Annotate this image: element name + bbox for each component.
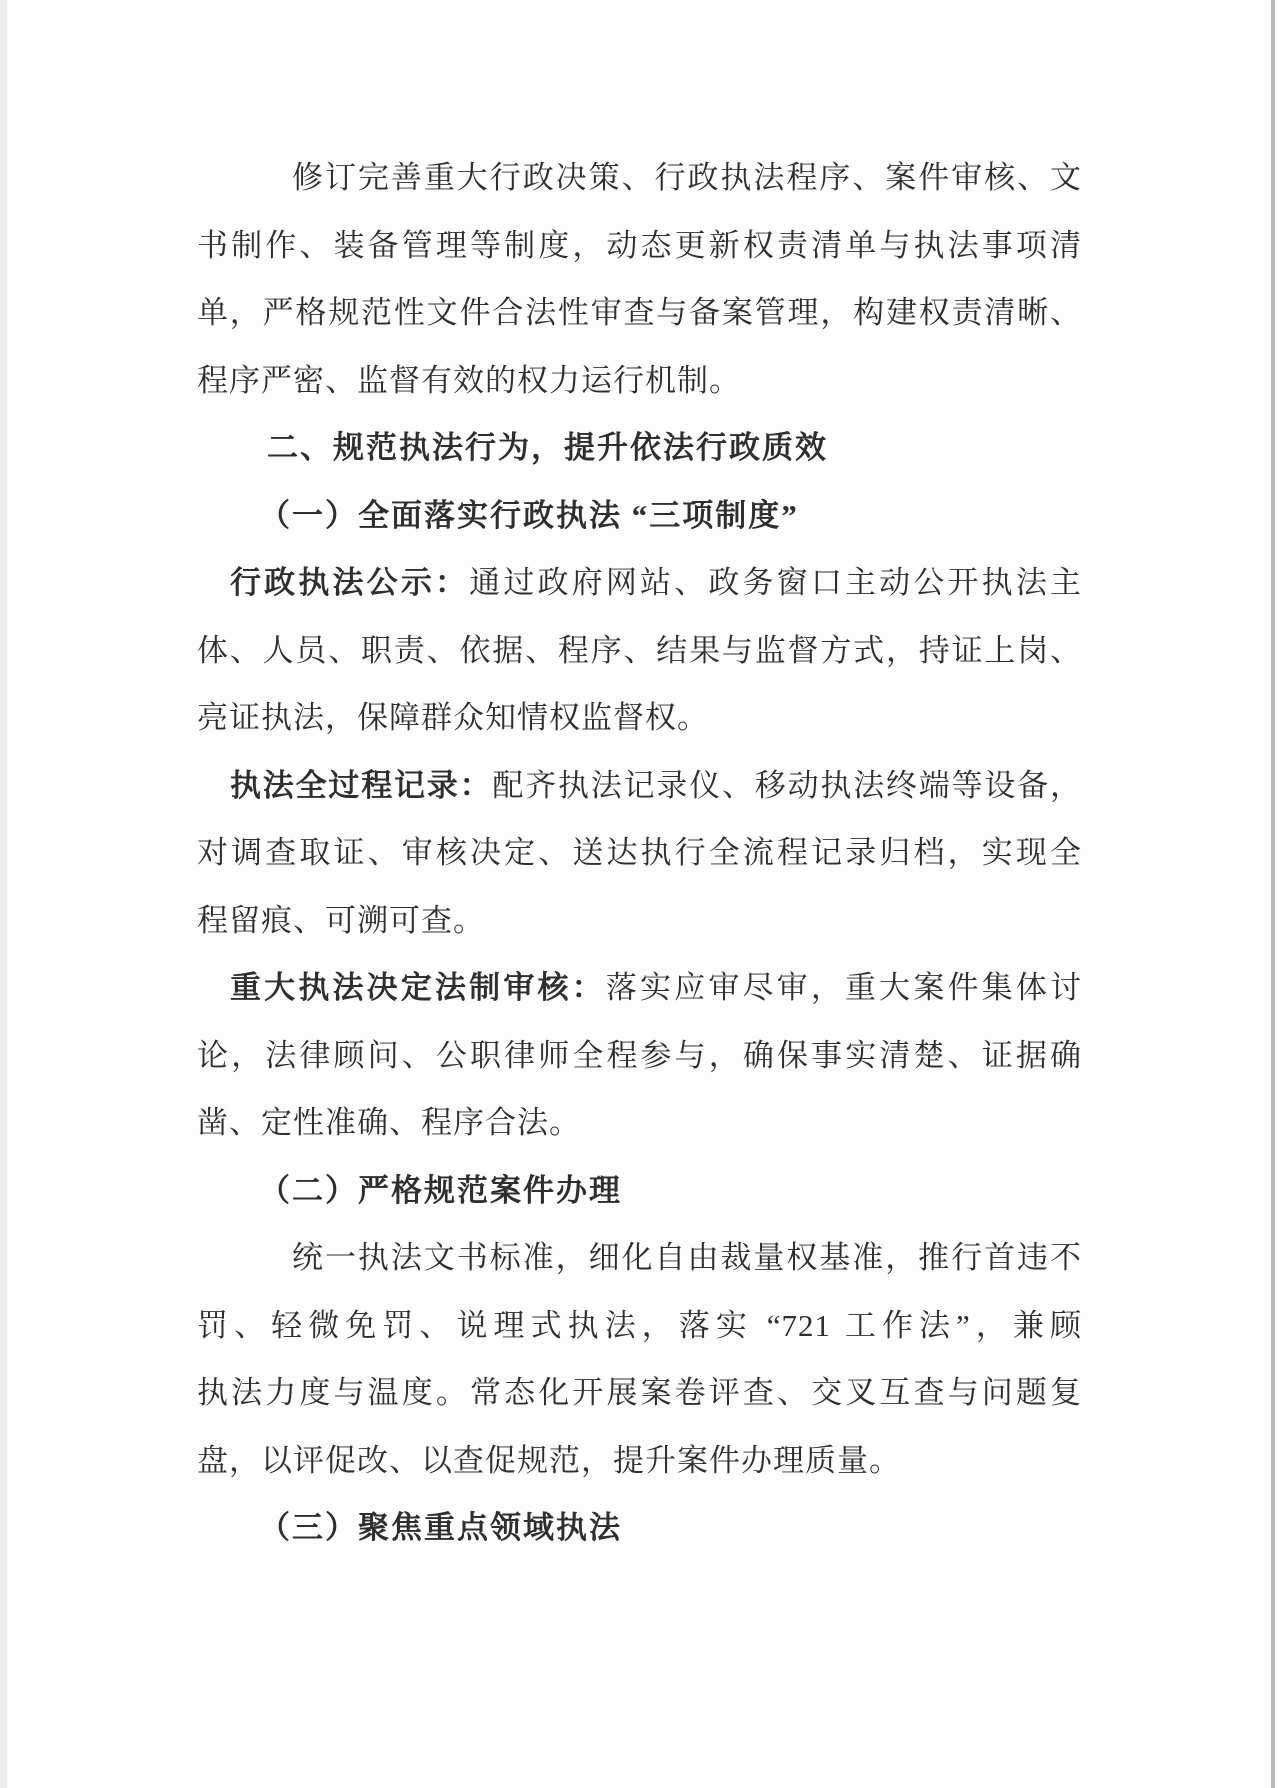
text-line: 罚、轻微免罚、说理式执法，落实 “721 工作法”，兼顾 (197, 1292, 1082, 1360)
document-page: 修订完善重大行政决策、行政执法程序、案件审核、文 书制作、装备管理等制度，动态更… (0, 0, 1279, 1788)
document-body: 修订完善重大行政决策、行政执法程序、案件审核、文 书制作、装备管理等制度，动态更… (197, 144, 1082, 1562)
subsection-heading: （二）严格规范案件办理 (197, 1157, 1082, 1225)
text-line: 凿、定性准确、程序合法。 (197, 1089, 1082, 1157)
text-line: 执法全过程记录：配齐执法记录仪、移动执法终端等设备， (197, 752, 1082, 820)
text-line: 程序严密、监督有效的权力运行机制。 (197, 347, 1082, 415)
text-line: 盘，以评促改、以查促规范，提升案件办理质量。 (197, 1427, 1082, 1495)
text-line: 亮证执法，保障群众知情权监督权。 (197, 684, 1082, 752)
text-line: 统一执法文书标准，细化自由裁量权基准，推行首违不 (197, 1224, 1082, 1292)
subsection-heading: （三）聚焦重点领域执法 (197, 1494, 1082, 1562)
page-left-edge (0, 0, 7, 1788)
text-line: 执法力度与温度。常态化开展案卷评查、交叉互查与问题复 (197, 1359, 1082, 1427)
text-line: 重大执法决定法制审核：落实应审尽审，重大案件集体讨 (197, 954, 1082, 1022)
text-line: 程留痕、可溯可查。 (197, 887, 1082, 955)
section-heading: 二、规范执法行为，提升依法行政质效 (197, 414, 1082, 482)
text-line: 修订完善重大行政决策、行政执法程序、案件审核、文 (197, 144, 1082, 212)
text-line: 体、人员、职责、依据、程序、结果与监督方式，持证上岗、 (197, 617, 1082, 685)
text-line: 论，法律顾问、公职律师全程参与，确保事实清楚、证据确 (197, 1022, 1082, 1090)
text-line: 对调查取证、审核决定、送达执行全流程记录归档，实现全 (197, 819, 1082, 887)
text-line: 单，严格规范性文件合法性审查与备案管理，构建权责清晰、 (197, 279, 1082, 347)
text-line: 行政执法公示：通过政府网站、政务窗口主动公开执法主 (197, 549, 1082, 617)
text-line: 书制作、装备管理等制度，动态更新权责清单与执法事项清 (197, 212, 1082, 280)
subsection-heading: （一）全面落实行政执法 “三项制度” (197, 482, 1082, 550)
page-right-edge-line (1271, 0, 1275, 1788)
